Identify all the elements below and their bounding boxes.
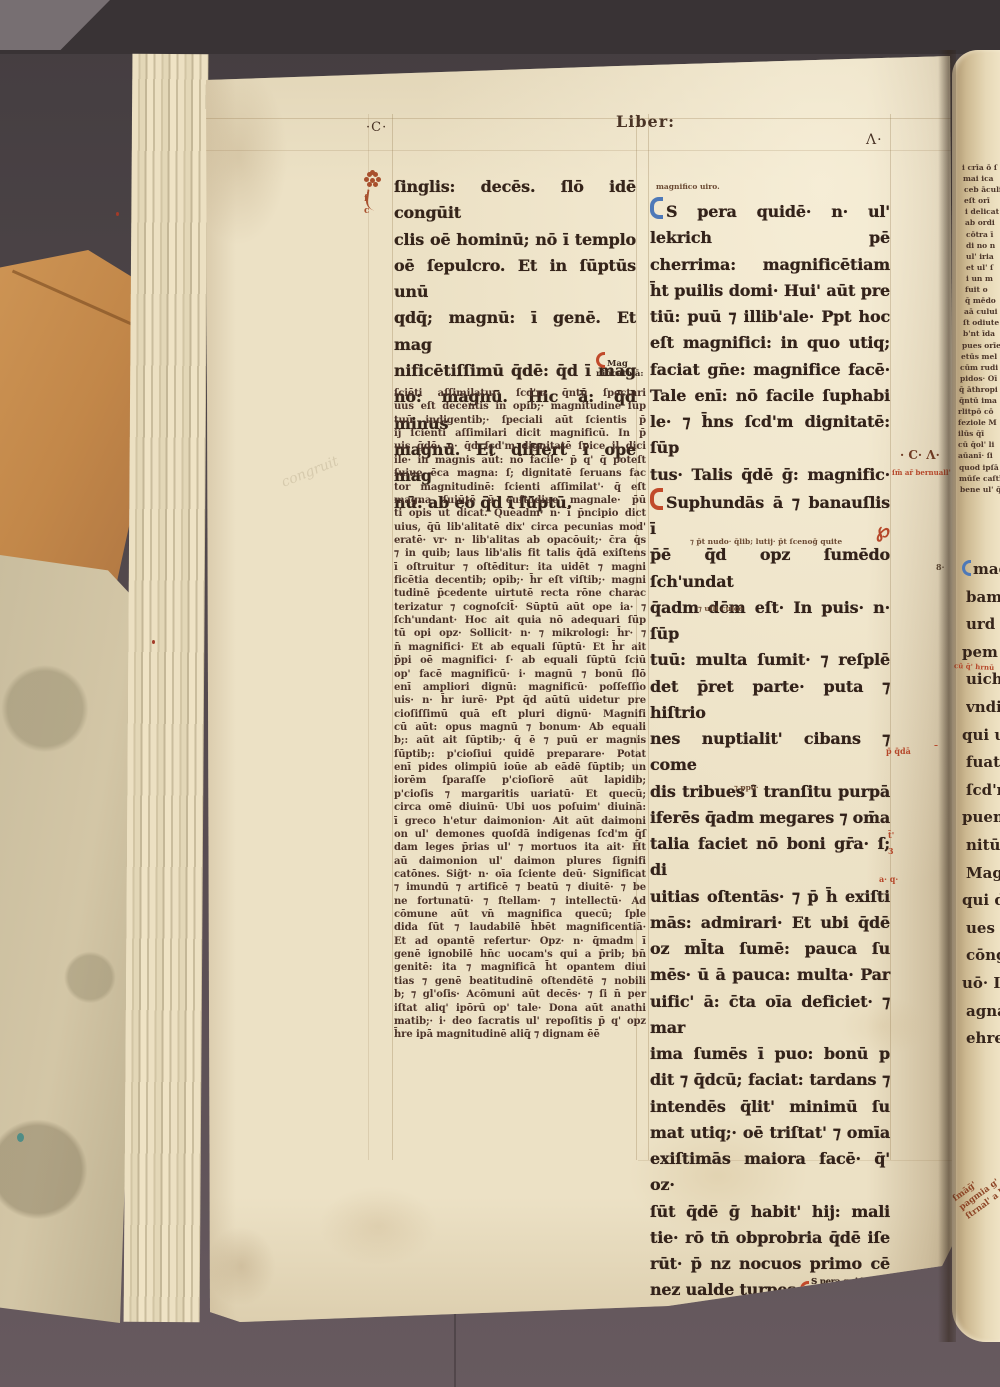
text-line: etūs mel (961, 351, 1000, 362)
gutter-shadow (938, 50, 956, 1342)
right-column-text: S pera quidē· n· ul' lekrich pēcherrima:… (650, 197, 890, 1304)
text-line: ul' iria (966, 251, 1000, 262)
text-line: tū opi opz· Sollicit· n· ⁊ mikrologi: h̄… (394, 627, 646, 640)
text-line: ilūs q̄ī (958, 428, 1000, 439)
interlinear-gloss: ⁊ uili cuicē (698, 604, 743, 613)
text-line: b; ⁊ gl'oſis· Acōmuni aūt decēs· ⁊ ſi n̄… (394, 988, 646, 1001)
facing-page: i crīa ō ſmai icaceb āculieſt orīi delic… (952, 50, 1000, 1342)
text-line: aā cului (964, 306, 1000, 317)
text-line: uis· n· h̄r iurē· Ppt q̄d aūtū uidetur p… (394, 694, 646, 707)
text-line: enī pides olimpiū ioūe ab eādē ſūptib; u… (394, 761, 646, 774)
page-edge-stack (124, 54, 209, 1322)
text-line: ab ordi (965, 217, 1000, 228)
text-line: catōnes. Sig̃t· n· oīa ſciente deū· Sign… (394, 868, 646, 881)
text-line: uius, q̄ū lib'alitatē dix' circa pecunia… (394, 521, 646, 534)
text-line: fuat: ī (966, 749, 1000, 777)
text-line: q̄ āthropi (959, 384, 1000, 395)
text-line: p̄pi oē magnifici· ſ· ab equali ſūptū ſc… (394, 654, 646, 667)
marginal-flower-label: ſ (364, 194, 368, 204)
text-line: mat utiq;· oē triſtat' ⁊ omīa (650, 1120, 890, 1146)
margin-tick: 3 (888, 846, 894, 856)
text-line: p̄ē q̄d opz ſumēdo ſch'undat (650, 542, 890, 595)
text-line: le· ⁊ h̄ns ſcd'm dignitatē: ſūp (650, 409, 890, 462)
text-line: agnan (966, 998, 1000, 1026)
text-line: mēs· ū ā pauca: multa· Par (650, 962, 890, 988)
text-line: b'nt īda (963, 328, 1000, 339)
margin-tick: p̄ q̄dā (886, 746, 911, 756)
text-line: ſinglis: decēs. ſlō idē congūit (394, 174, 636, 227)
paraph-mark-icon (650, 197, 663, 219)
text-line: ī oſtruitur ⁊ oſtēditur: ita uidēt ⁊ mag… (394, 561, 646, 574)
ruling-line (368, 114, 369, 1160)
text-line: tias ⁊ genē beatitudinē oſtendētē ⁊ nobi… (394, 975, 646, 988)
text-line: fuit o (965, 284, 1000, 295)
manuscript-photo: ·C· Liber: Λ· ſ c congruit ſinglis: decē… (0, 0, 1000, 1387)
text-line: eratē· vr· n· lib'alitas ab opacōuit;· c… (394, 534, 646, 547)
backdrop-top-band (0, 0, 1000, 54)
text-line: dis tribues ī tranſitu purpā (650, 779, 890, 805)
text-line: dit ⁊ q̄dcū; faciat: tardans ⁊ (650, 1067, 890, 1093)
ruling-line (890, 114, 891, 1160)
text-line: et ul' ſ (966, 262, 1000, 273)
interlinear-gloss: ⁊ ppō· (734, 783, 758, 792)
text-line: i un m (966, 273, 1000, 284)
marginal-flower-icon (370, 178, 375, 183)
folio-mark-left: ·C· (366, 120, 387, 135)
running-title: Liber: (616, 112, 675, 131)
text-line: cherrima: magnificētiam (650, 252, 890, 278)
text-line: clis oē hominū; nō ī templo (394, 227, 636, 253)
text-line: cioſiſſimū quā eſt pluri dignū· Magnifi (394, 708, 646, 721)
text-line: di no n (966, 240, 1000, 251)
text-line: ehrend (966, 1025, 1000, 1053)
text-line: mūſe caſtī (959, 473, 1000, 484)
ruling-line (648, 114, 649, 1160)
text-line: qui ua (962, 722, 1000, 750)
text-line: quod ipſā (959, 462, 1000, 473)
left-column-commentary: ſciēti aſſimilatur· ſcd'm q̄ntū ſpectari… (394, 387, 646, 1042)
text-line: cōtra ī (966, 229, 1000, 240)
text-line: vndi (966, 694, 1000, 722)
text-line: h̄re ipā magnitudinē aliq̄ ⁊ dignam ēē (394, 1028, 646, 1041)
marginal-flower-label: c (364, 206, 369, 216)
text-line: det p̄ret parte· puta ⁊ hiſtrio (650, 674, 890, 727)
text-line: ſciēti aſſimilatur· ſcd'm q̄ntū ſpectari (394, 387, 646, 400)
stain (318, 1186, 438, 1266)
text-line: tie· rō tn̄ obprobria q̄dē iſe (650, 1225, 890, 1251)
text-line: bene ul' q̄ (960, 484, 1000, 495)
text-line: cōngā (966, 942, 1000, 970)
text-line: ti opis ut dicat. Quēadm· n· ī p̄ncipio … (394, 507, 646, 520)
text-line: tus· Talis q̄dē ḡ: magnific· (650, 462, 890, 488)
text-line: genitē: ita ⁊ magnificā h̄t opantem diui (394, 961, 646, 974)
ruling-line (198, 150, 958, 151)
text-line: circa omē diuinū· Ubi uos poſuim' diuinā… (394, 801, 646, 814)
margin-tick: t̄' (888, 830, 894, 840)
text-line: tudinē p̄cedente uirtutē recta rōne char… (394, 587, 646, 600)
text-line: tuū indigentib;· ſpeciali aūt ſcientis p… (394, 414, 646, 427)
text-line: faciat gn̄e: magnifice facē· (650, 357, 890, 383)
text-line: q̄ mēdo (965, 295, 1000, 306)
text-line: dam leges p̄rias ul' ⁊ mortuos ita ait· … (394, 841, 646, 854)
text-line: intendēs q̄lit' minimū ſu (650, 1094, 890, 1120)
red-speck (152, 640, 155, 644)
text-line: puem (962, 804, 1000, 832)
text-line: p'cioſis ⁊ margaritis uariatū· Et quecū; (394, 788, 646, 801)
text-line: i delicat (965, 206, 1000, 217)
text-line: b;: aūt ait ſūptib;· q̄ ē ⁊ puū er magni… (394, 734, 646, 747)
text-line: ne fortunatū· ⁊ ſtellam· ⁊ intellectū· A… (394, 895, 646, 908)
facing-diagonal-note: ſmāḡ' pagmia g' ſtrnal' a b' (952, 1167, 1000, 1223)
text-line: ſch'undant· Hoc ait quia nō adequari ſūp (394, 614, 646, 627)
text-line: aū daimonion ul' daimon plures ſignifi (394, 855, 646, 868)
ghost-annotation: congruit (279, 453, 341, 490)
text-line: uus eſt decentis in opib;· magnitudine ſ… (394, 400, 646, 413)
paint-speck (17, 1133, 24, 1142)
paraph-mark-icon (962, 560, 971, 576)
text-line: uis q̄dē· n· q̄d ſcd'm dignitatē ſpice i… (394, 440, 646, 453)
text-line: S pera quidē· n· ul' lekrich pē (650, 197, 890, 252)
text-line: ues Ay (966, 915, 1000, 943)
text-line: dida ſūt ⁊ laudabilē h̄bēt magnificentiā… (394, 921, 646, 934)
end-rubric: S pera quidēenim· dicens (811, 1278, 869, 1296)
text-line: matib;· i· deo ſacratis ul' repoſitis p̄… (394, 1015, 646, 1028)
text-line: q̄ntū ima (959, 395, 1000, 406)
text-line: uific' ā: c̄ta oīa deficiet· ⁊ mar (650, 989, 890, 1042)
text-line: ſūptib;: p'cioſiui quidē preparare· Pota… (394, 748, 646, 761)
text-line: eſt magnifici: in quo utiq; (650, 330, 890, 356)
text-line: ⁊ imundū ⁊ artificē ⁊ beatū ⁊ diuitē· ⁊ … (394, 881, 646, 894)
text-line: oē ſepulcro. Et in ſūptūs unū (394, 253, 636, 306)
text-line: pues orīe (962, 340, 1000, 351)
text-line: ſuiue ēca magna: ſ; dignitatē ſeruans fa… (394, 467, 646, 480)
text-line: feziole M (958, 417, 1000, 428)
red-speck (116, 212, 119, 216)
text-line: Mag (966, 860, 1000, 888)
ruling-line (392, 114, 393, 1160)
margin-flourish-icon: ℘ (876, 518, 890, 542)
text-line: tiū: puū ⁊ illib'ale· Ppt hoc (650, 304, 890, 330)
main-page: ·C· Liber: Λ· ſ c congruit ſinglis: decē… (198, 56, 958, 1324)
text-line: rlitpō cō (958, 406, 1000, 417)
text-line: ⁊ in quib; laus lib'alis fit talis q̄dā … (394, 547, 646, 560)
paraph-mark-icon (800, 1281, 809, 1297)
rubric-catchword: Mag nificato ā: (596, 352, 643, 379)
text-line: q̄adm dc̄m eſt· In puis· n· ſūp (650, 595, 890, 648)
text-line: mai ica (963, 173, 1000, 184)
text-line: qdq̄; magnū: ī genē. Et mag (394, 305, 636, 358)
text-line: op' facē magnificū· i· magnū ⁊ bonū ſlō (394, 668, 646, 681)
text-line: Tale enī: nō facile ſuphabi (650, 383, 890, 409)
folio-mark-right: Λ· (866, 132, 883, 148)
text-line: mag (962, 556, 1000, 584)
text-line: ſūt q̄dē ḡ habit' hij: mali (650, 1199, 890, 1225)
text-line: rūt· p̄ nz nocuos primo cē (650, 1251, 890, 1277)
text-line: cū aūt: opus magnū ⁊ bonum· Ab equali (394, 721, 646, 734)
margin-chapter-mark: · C· Λ· (900, 448, 940, 462)
text-line: ij ſcienti aſſimilari dicit magnificū. I… (394, 427, 646, 440)
text-line: cū q̄ol' li (958, 439, 1000, 450)
text-line: ile· in magnis aūt: nō facile· p̄ q' q̄ … (394, 454, 646, 467)
text-line: h̄t puilis domi· Hui' aūt pre (650, 278, 890, 304)
text-line: exiſtimās maiora facē· q̄' oz· (650, 1146, 890, 1199)
text-line: mās: admirari· Et ubi q̄dē (650, 910, 890, 936)
text-line: ficētia decentib; opib;· h̄r eſt viſtib;… (394, 574, 646, 587)
text-line: uō· In (962, 970, 1000, 998)
text-line: oz ml̄ta ſumē: pauca ſu (650, 936, 890, 962)
text-line: enī ampliori dignū: magnificū· poſſeſſio (394, 681, 646, 694)
text-line: bam (966, 584, 1000, 612)
facing-page-large-text: magbamurdpemuichvndiqui uafuat: īſcd'mpu… (960, 556, 1000, 1053)
text-line: aūanī· ſi (958, 450, 1000, 461)
text-line: Suphundās ā ⁊ banauſlis ī (650, 488, 890, 543)
text-line: iorēm ſparaſſe p'cioſiorē aūt lapidib; (394, 774, 646, 787)
interlinear-gloss: magnifico uiro. (656, 182, 720, 191)
text-line: eſt orī (964, 195, 1000, 206)
text-line: qui dic (962, 887, 1000, 915)
text-line: genē ignobilē hn̄c uocam's qui a p̄rib; … (394, 948, 646, 961)
text-line: n̄ magnifici· Et ab equali ſūptū· Et h̄r… (394, 641, 646, 654)
text-line: nez ualde turpesS pera quidēenim· dicens (650, 1277, 890, 1303)
text-line: ſcd'm (966, 777, 1000, 805)
text-line: cōmune aūt vn̄ magnifica quecū; ſple (394, 908, 646, 921)
foxing-stain (206, 1226, 276, 1306)
text-line: tuū: multa ſumit· ⁊ reſplē (650, 647, 890, 673)
text-line: pidos· Oī (960, 373, 1000, 384)
text-line: nes nuptialit' cibans ⁊ come (650, 726, 890, 779)
text-line: ī greco h'etur daimonion· Ait aūt daimon… (394, 815, 646, 828)
text-line: nitū (966, 832, 1000, 860)
text-line: iſtat aliq' ipōrū op' tale· Dona aūt ana… (394, 1002, 646, 1015)
text-line: urd (966, 611, 1000, 639)
text-line: Et ad opantē refertur· Opz· n· q̄madm ī (394, 935, 646, 948)
margin-tick: a· q· (879, 874, 898, 884)
text-line: on ul' demones quoſdā indigenas ſcd'm q̄… (394, 828, 646, 841)
text-line: ima ſumēs ī puo: bonū p (650, 1041, 890, 1067)
text-line: terizatur ⁊ cognoſcit̄· Sūptū aūt ope ia… (394, 601, 646, 614)
text-line: uitias oſtentās· ⁊ p̄ h̄ exiſti (650, 884, 890, 910)
paraph-mark-icon (650, 488, 663, 510)
text-line: cūm rudi (960, 362, 1000, 373)
ruling-line (198, 118, 958, 119)
text-line: ceb āculi (964, 184, 1000, 195)
text-line: talia faciet nō boni gr̄a· ſ; di (650, 831, 890, 884)
text-line: iferēs q̄adm megares ⁊ om̄a (650, 805, 890, 831)
text-line: tor magnitudinē: ſcienti aſſimilat'· q̄ … (394, 481, 646, 494)
facing-page-small-text: i crīa ō ſmai icaceb āculieſt orīi delic… (962, 162, 1000, 495)
interlinear-gloss: ⁊ p̄t nudo· q̄lib; lutij· p̄t ſcenoḡ qui… (690, 537, 842, 546)
text-line: i crīa ō ſ (962, 162, 1000, 173)
text-line: ſt odiute (963, 317, 1000, 328)
text-line: magna ſuiūtē ū cuſtodiue magnale· p̄ū (394, 494, 646, 507)
paraph-mark-icon (596, 352, 605, 368)
